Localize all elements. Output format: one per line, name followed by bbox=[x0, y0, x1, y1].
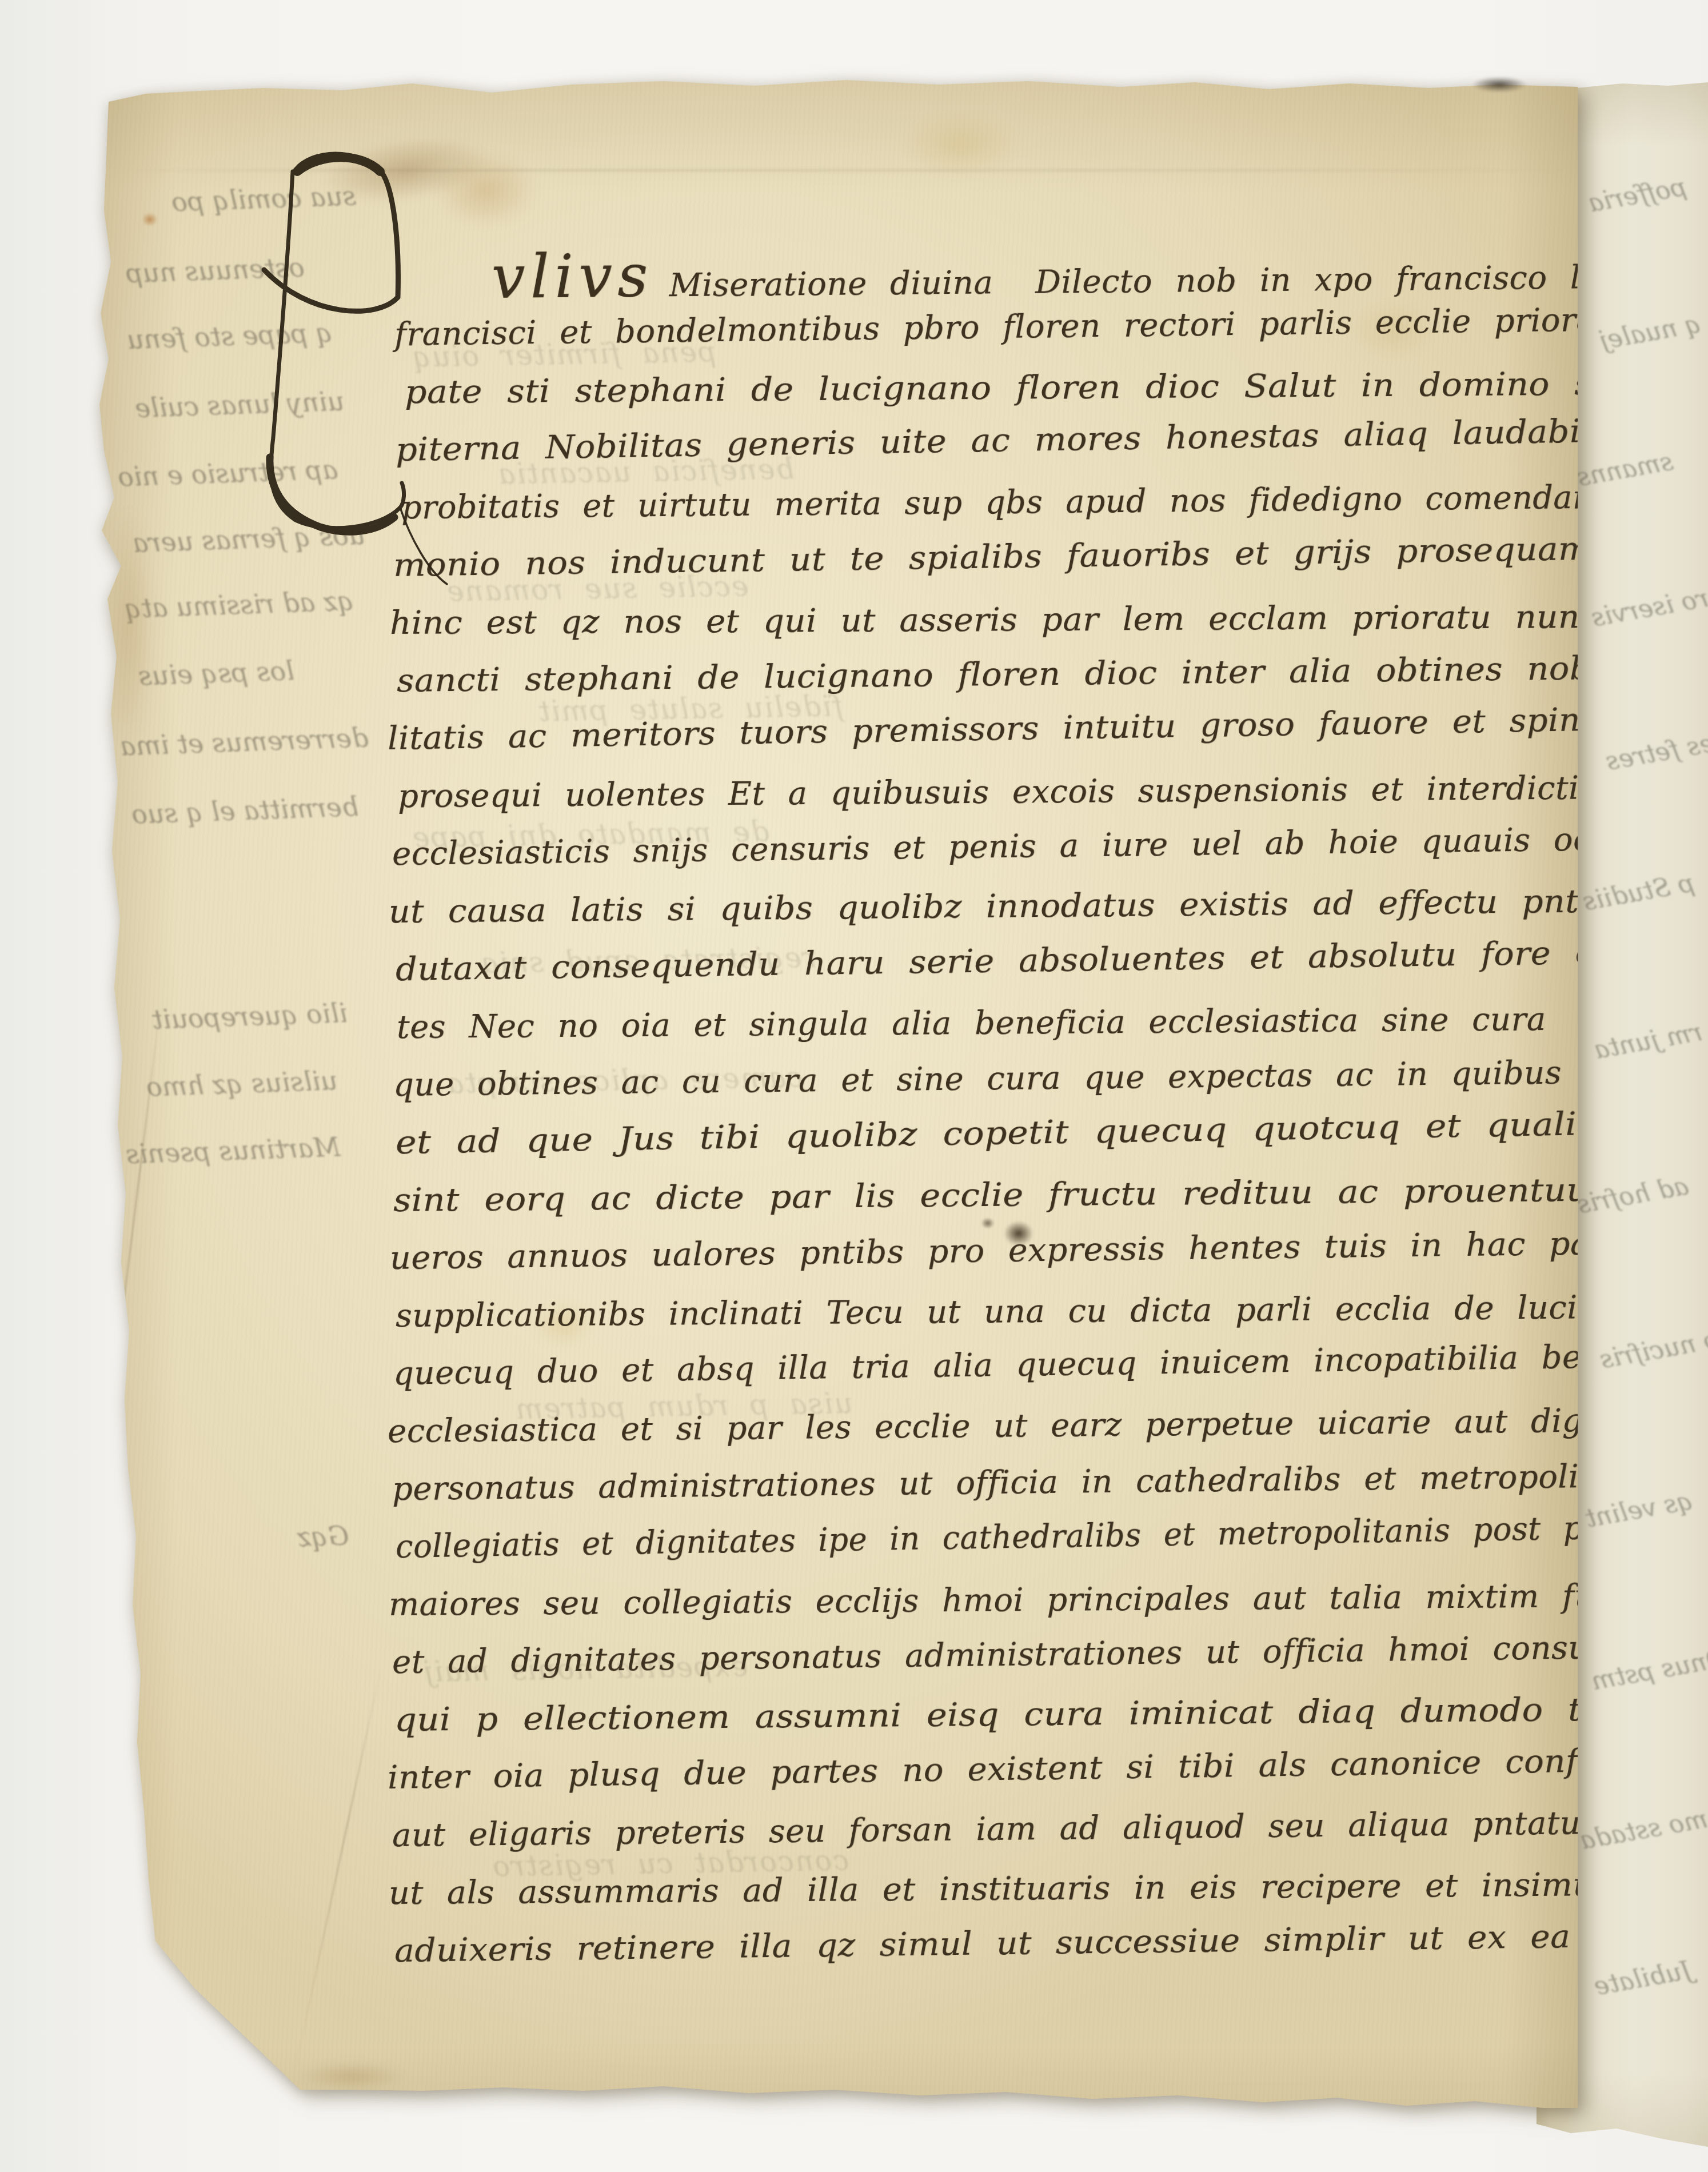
scanned-manuscript: pofferiaq nualejsmannshro iservisques fe… bbox=[0, 0, 1708, 2172]
manuscript-line: sancti stephani de lucignano floren dioc… bbox=[397, 649, 1603, 701]
manuscript-line: dutaxat consequendu haru serie absoluent… bbox=[396, 932, 1697, 990]
diagonal-crease bbox=[294, 1667, 382, 2070]
manuscript-line: tes Nec no oia et singula alia beneficia… bbox=[397, 1000, 1546, 1048]
dark-speck bbox=[129, 2010, 143, 2026]
manuscript-line: et ad que Jus tibi quolibz copetit quecu… bbox=[395, 1103, 1664, 1163]
main-leaf-wrap: sua comilq poostenuus nupq pape sto fenu… bbox=[0, 0, 1708, 2172]
verso-show-through-line: derreremus et ima bbox=[119, 721, 369, 762]
yellow-stain bbox=[903, 113, 1017, 176]
manuscript-line: monio nos inducunt ut te spialibs fauori… bbox=[393, 529, 1630, 586]
manuscript-line: piterna Nobilitas generis uite ac mores … bbox=[395, 411, 1623, 470]
manuscript-line: quecuq duo et absq illa tria alia quecuq… bbox=[393, 1336, 1693, 1394]
manuscript-line: pate sti stephani de lucignano floren di… bbox=[405, 364, 1646, 413]
manuscript-line: maiores seu collegiatis ecclijs hmoi pri… bbox=[389, 1576, 1654, 1625]
initial-j-letterform bbox=[229, 137, 469, 606]
manuscript-line: que obtines ac cu cura et sine cura que … bbox=[393, 1053, 1562, 1105]
manuscript-line: hinc est qz nos et qui ut asseris par le… bbox=[390, 597, 1697, 644]
manuscript-line: prosequi uolentes Et a quibusuis excois … bbox=[398, 768, 1690, 817]
manuscript-line: inter oia plusq due partes no existent s… bbox=[388, 1740, 1664, 1798]
verso-show-through-line: bermitta el q suo bbox=[131, 790, 359, 831]
verso-show-through-line: ilio querepouit bbox=[151, 997, 348, 1036]
manuscript-line: sint eorq ac dicte par lis ecclie fructu… bbox=[393, 1171, 1589, 1221]
manuscript-line: ueros annuos ualores pntibs pro expressi… bbox=[390, 1223, 1639, 1279]
verso-show-through-line: uilsius qz hmo bbox=[146, 1064, 338, 1103]
opening-word: vlivs bbox=[491, 241, 653, 312]
manuscript-line: aut eligaris preteris seu forsan iam ad … bbox=[392, 1802, 1708, 1856]
edge-stain bbox=[103, 508, 154, 748]
verso-show-through-line: Martinus psenis bbox=[125, 1131, 341, 1170]
opening-rest: Miseratione diuina bbox=[669, 264, 993, 304]
manuscript-opening-line: vlivsMiseratione diuinaDilecto nob in xp… bbox=[492, 247, 1639, 308]
manuscript-line: ut als assummaris ad illa et instituaris… bbox=[389, 1864, 1691, 1914]
ink-blot-small bbox=[981, 1217, 995, 1229]
fold-gap-shadow bbox=[1472, 77, 1527, 93]
manuscript-line: et ad dignitates personatus administrati… bbox=[392, 1627, 1708, 1683]
main-leaf: sua comilq poostenuus nupq pape sto fenu… bbox=[91, 73, 1578, 2117]
bottom-edge-stain bbox=[297, 2062, 406, 2091]
opening-address: Dilecto nob in xpo francisco luce bbox=[1035, 258, 1639, 301]
diagonal-crease bbox=[91, 1001, 161, 1557]
manuscript-line: supplicationibs inclinati Tecu ut una cu… bbox=[396, 1287, 1679, 1336]
verso-show-through-line: los psq eius bbox=[138, 654, 295, 692]
manuscript-line: collegiatis et dignitates ipe in cathedr… bbox=[395, 1506, 1708, 1567]
manuscript-line: personatus administrationes ut officia i… bbox=[392, 1456, 1708, 1510]
foxing-dot bbox=[142, 213, 158, 226]
manuscript-line: aduixeris retinere illa qz simul ut succ… bbox=[394, 1915, 1706, 1971]
manuscript-line: qui p ellectionem assumni eisq cura imin… bbox=[394, 1690, 1605, 1740]
manuscript-line: ut causa latis si quibs quolibz innodatu… bbox=[389, 881, 1644, 932]
verso-show-through-line: Gqz bbox=[297, 1519, 349, 1553]
